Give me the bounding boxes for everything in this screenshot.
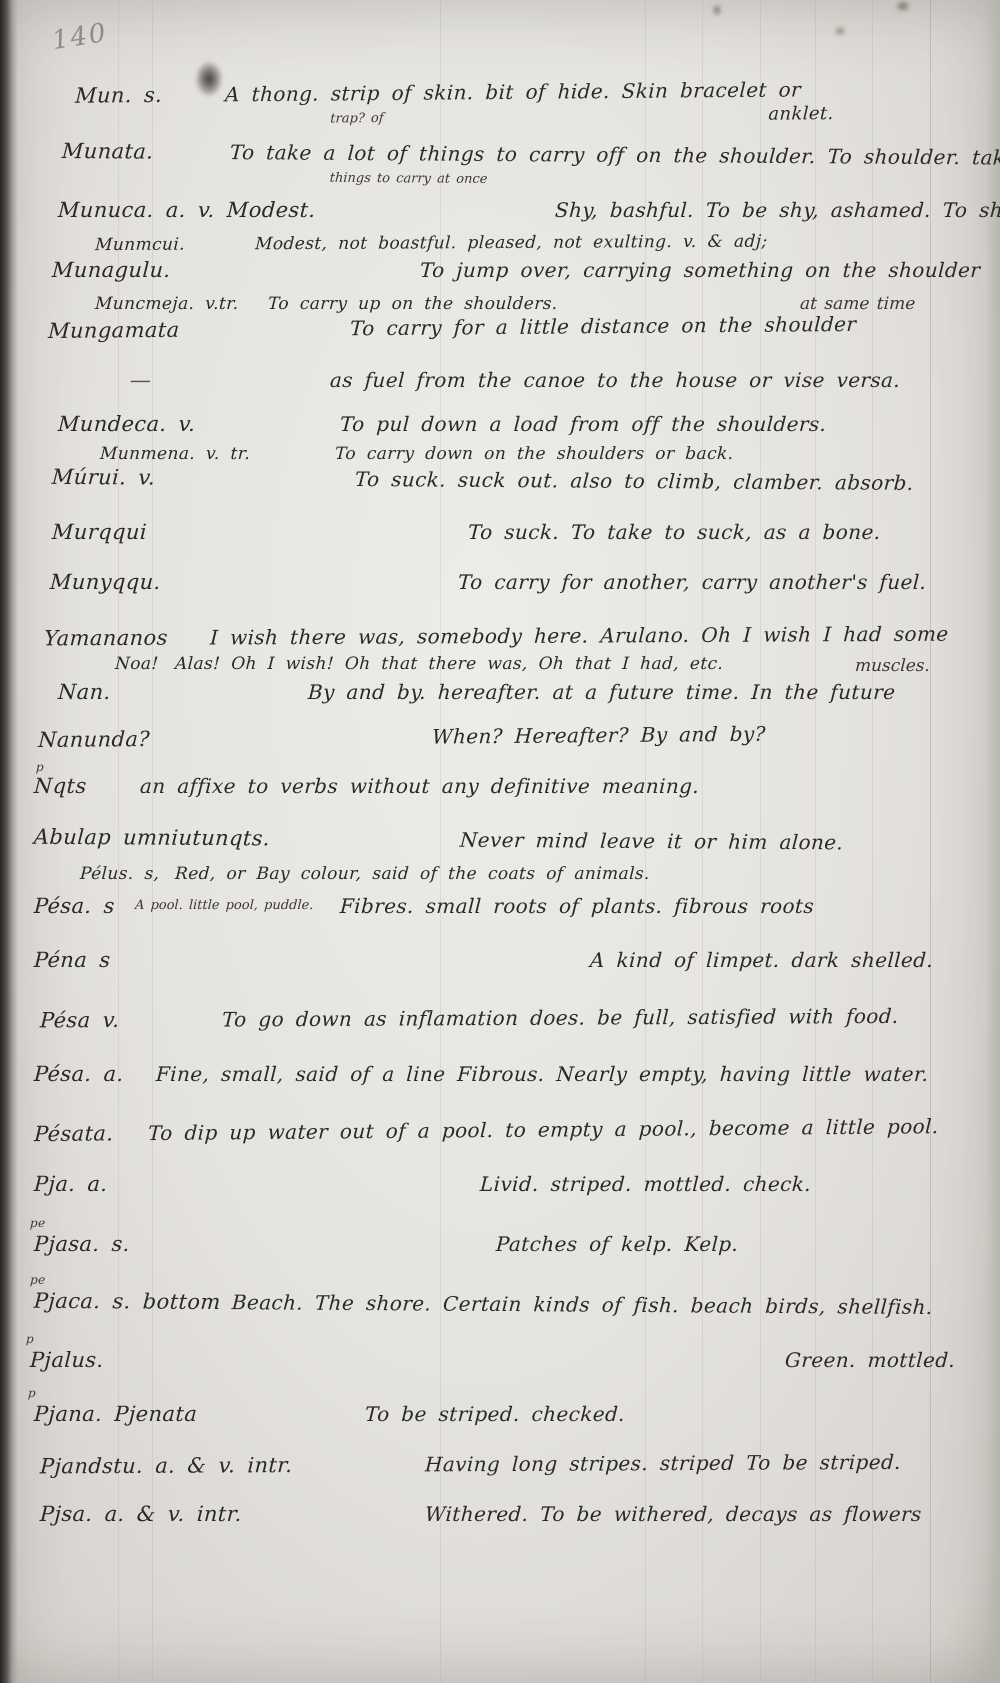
entry-superscript: pe xyxy=(30,1273,46,1287)
entry-headword: Pjana. Pjenata xyxy=(33,1402,197,1426)
entry-headword: Munuca. a. v. Modest. xyxy=(57,198,316,222)
paper-speck xyxy=(895,0,911,12)
entry-definition: Red, or Bay colour, said of the coats of… xyxy=(174,864,650,884)
entry-row: Mun. s. A thong. strip of skin. bit of h… xyxy=(0,76,1000,85)
binding-edge xyxy=(0,0,18,1683)
entry-headword: Pjaca. s. bottom xyxy=(33,1289,221,1314)
entry-definition: Alas! Oh I wish! Oh that there was, Oh t… xyxy=(174,654,723,674)
entry-definition: as fuel from the canoe to the house or v… xyxy=(329,368,901,392)
entry-definition: Fibres. small roots of plants. fibrous r… xyxy=(339,894,814,918)
manuscript-page: 140 Mun. s. A thong. strip of skin. bit … xyxy=(0,0,1000,1683)
entry-row: Munata. To take a lot of things to carry… xyxy=(0,139,1000,146)
entry-row: Pjandstu. a. & v. intr. Having long stri… xyxy=(0,1449,1000,1454)
entry-headword: Muncmeja. v.tr. xyxy=(94,294,239,314)
entry-definition: Withered. To be withered, decays as flow… xyxy=(424,1502,922,1526)
ruled-line xyxy=(930,0,931,1683)
entry-headword: Noa! xyxy=(114,654,159,674)
entry-row: Nanunda? When? Hereafter? By and by? xyxy=(0,720,1000,729)
entry-note: A pool. little pool, puddle. xyxy=(135,898,314,913)
entry-row: pe Pjaca. s. bottom Beach. The shore. Ce… xyxy=(0,1289,1000,1296)
entry-note: trap? of xyxy=(330,111,384,126)
entry-headword: Pésa. a. xyxy=(33,1062,124,1086)
entry-row: Munmcui. Modest, not boastful. pleased, … xyxy=(0,230,1000,235)
scan-right-edge xyxy=(986,0,1000,1683)
entry-headword: Pélus. s, xyxy=(79,864,159,884)
entry-note: muscles. xyxy=(854,656,930,676)
entry-headword: Munmena. v. tr. xyxy=(99,444,250,464)
entry-definition: To go down as inflamation does. be full,… xyxy=(222,1004,900,1032)
entry-definition: Having long stripes. striped To be strip… xyxy=(424,1450,901,1476)
page-number: 140 xyxy=(50,18,110,56)
entry-definition: Livid. striped. mottled. check. xyxy=(479,1172,811,1196)
entry-headword: Nanunda? xyxy=(38,727,151,752)
entry-headword: Pjasa. s. xyxy=(33,1232,130,1256)
entry-superscript: p xyxy=(26,1332,35,1346)
entry-headword: Péna s xyxy=(33,948,111,972)
entry-definition-cont: anklet. xyxy=(768,103,834,125)
entry-superscript: pe xyxy=(30,1216,46,1230)
entry-definition: To carry up on the shoulders. xyxy=(267,294,558,314)
entry-definition: I wish there was, somebody here. Arulano… xyxy=(210,622,950,650)
entry-headword: Munyqqu. xyxy=(49,570,161,594)
entry-definition: Shy, bashful. To be shy, ashamed. To shu… xyxy=(554,198,1000,222)
entry-definition: A kind of limpet. dark shelled. xyxy=(589,948,934,972)
entry-row: Pésa v. To go down as inflamation does. … xyxy=(0,1003,1000,1008)
entry-superscript: p xyxy=(28,1386,37,1400)
entry-definition: To carry down on the shoulders or back. xyxy=(334,444,734,464)
entry-headword: Nqts xyxy=(33,774,87,798)
entry-definition: Beach. The shore. Certain kinds of fish.… xyxy=(231,1290,933,1319)
entry-definition: Modest, not boastful. pleased, not exult… xyxy=(255,232,768,255)
entry-headword: Pésa v. xyxy=(40,1008,121,1032)
entry-row: Abulap umniutunqts. Never mind leave it … xyxy=(0,825,1000,832)
entry-definition: To suck. suck out. also to climb, clambe… xyxy=(354,467,914,495)
entry-definition: To take a lot of things to carry off on … xyxy=(229,140,1000,169)
entry-headword: Pja. a. xyxy=(33,1172,108,1196)
ink-smudge xyxy=(196,62,222,96)
entry-headword: Pésata. xyxy=(34,1121,114,1146)
entry-headword: Yamananos xyxy=(44,626,169,651)
entry-definition: Never mind leave it or him alone. xyxy=(459,828,844,855)
paper-speck xyxy=(834,26,846,36)
entry-headword: Murqqui xyxy=(51,520,147,544)
entry-definition: By and by. hereafter. at a future time. … xyxy=(307,680,896,704)
entry-definition: To pul down a load from off the shoulder… xyxy=(339,412,827,436)
entry-superscript: p xyxy=(36,760,45,774)
entry-definition: To carry for a little distance on the sh… xyxy=(350,312,857,340)
entry-headword: Mungamata xyxy=(48,318,181,343)
entry-definition: Patches of kelp. Kelp. xyxy=(495,1232,739,1256)
entry-definition: To carry for another, carry another's fu… xyxy=(457,570,927,594)
entry-headword: Pjandstu. a. & v. intr. xyxy=(40,1453,294,1478)
paper-speck xyxy=(712,4,722,16)
entry-row: Yamananos I wish there was, somebody her… xyxy=(0,621,1000,626)
entry-headword: Abulap umniutunqts. xyxy=(33,825,271,851)
entry-definition: When? Hereafter? By and by? xyxy=(432,722,767,749)
entry-definition: To dip up water out of a pool. to empty … xyxy=(148,1114,940,1145)
entry-definition: Fine, small, said of a line Fibrous. Nea… xyxy=(155,1062,929,1086)
entry-headword: Pésa. s xyxy=(33,894,115,918)
entry-definition: To be striped. checked. xyxy=(364,1402,625,1426)
entry-definition: A thong. strip of skin. bit of hide. Ski… xyxy=(225,77,802,106)
entry-definition: To jump over, carrying something on the … xyxy=(419,258,981,282)
entry-definition: an affixe to verbs without any definitiv… xyxy=(139,774,699,798)
entry-headword: Múrui. v. xyxy=(51,465,156,490)
entry-headword: Munata. xyxy=(61,139,154,164)
entry-headword: Nan. xyxy=(57,680,111,704)
entry-row: Múrui. v. To suck. suck out. also to cli… xyxy=(0,465,1000,472)
entry-definition: To suck. To take to suck, as a bone. xyxy=(467,520,881,544)
entry-headword: Munagulu. xyxy=(51,258,171,282)
entry-definition: Green. mottled. xyxy=(784,1348,956,1372)
entry-headword: Mundeca. v. xyxy=(57,412,196,436)
entry-headword: Pjalus. xyxy=(29,1348,104,1372)
ruled-line xyxy=(872,0,873,1683)
entry-note: things to carry at once xyxy=(329,171,488,187)
entry-headword: Mun. s. xyxy=(75,83,163,108)
entry-row: Pésata. To dip up water out of a pool. t… xyxy=(0,1114,1000,1123)
entry-headword: Munmcui. xyxy=(95,235,186,255)
entry-note: at same time xyxy=(799,294,915,314)
entry-headword: Pjsa. a. & v. intr. xyxy=(39,1502,242,1526)
entry-headword: — xyxy=(129,368,152,392)
